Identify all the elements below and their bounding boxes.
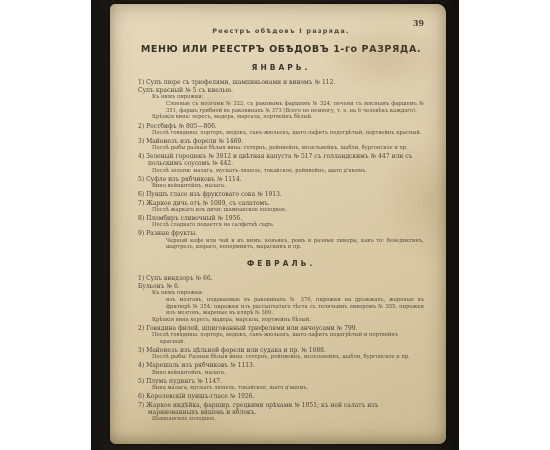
item-number: 1) bbox=[138, 79, 146, 86]
menu-note: Вино вейнштейнъ, малага. bbox=[138, 370, 424, 377]
menu-item: 6) Пуншъ гласе изъ фруктоваго сока № 191… bbox=[138, 191, 424, 198]
menu-item: 1) Супъ пюре съ трюфелями, шампиньонами … bbox=[138, 79, 424, 86]
menu-item: 1) Супъ виндзоръ № 66. bbox=[138, 275, 424, 282]
menu-item: 9) Разные фрукты. bbox=[138, 230, 424, 237]
menu-plain: Бульонъ № 6. bbox=[138, 283, 424, 290]
item-number: 2) bbox=[138, 325, 146, 332]
running-head: Реестръ обѣдовъ I разряда. bbox=[212, 27, 349, 35]
item-number: 6) bbox=[138, 393, 146, 400]
item-number: 5) bbox=[138, 378, 146, 385]
menu-subnote: Черный кофе или чай и къ нимъ: коньякъ, … bbox=[138, 238, 424, 251]
item-number: 4) bbox=[138, 362, 146, 369]
menu-note: Крѣпкія вина хересъ, мадера, марсала, по… bbox=[138, 317, 424, 324]
item-number: 1) bbox=[138, 275, 146, 282]
menu-item: 5) Плумъ пудингъ № 1147. bbox=[138, 378, 424, 385]
page-title: МЕНЮ ИЛИ РЕЕСТРЪ ОБѢДОВЪ 1-го РАЗРЯДА. bbox=[138, 44, 424, 55]
menu-item: 4) Зеленый горошекъ № 3912 и цвѣтная кап… bbox=[138, 153, 424, 167]
item-number: 2) bbox=[138, 123, 146, 130]
menu-subnote: Слоеные съ мозгами № 322, съ раковымъ фа… bbox=[138, 101, 424, 114]
item-number: 5) bbox=[138, 176, 146, 183]
menu-note: Шампанское холодное. bbox=[138, 416, 424, 423]
item-number: 7) bbox=[138, 200, 146, 207]
section-heading: ФЕВРАЛЬ. bbox=[138, 259, 424, 268]
menu-item: 5) Суфле изъ рябчиковъ № 1114. bbox=[138, 176, 424, 183]
page-header: Реестръ обѣдовъ I разряда. 39 bbox=[138, 18, 424, 28]
book-page: Реестръ обѣдовъ I разряда. 39 МЕНЮ ИЛИ Р… bbox=[110, 4, 446, 444]
item-number: 4) bbox=[138, 153, 146, 160]
menu-note: Къ нимъ пирожки: bbox=[138, 290, 424, 297]
menu-note: Послѣ говядины: портеръ, медокъ, санъ-жю… bbox=[138, 130, 424, 137]
menu-note: Крѣпкія вина: хересъ, мадера, марсала, п… bbox=[138, 114, 424, 121]
item-number: 3) bbox=[138, 347, 146, 354]
menu-note: Послѣ рыбы: Разныя бѣлыя вина: сотернъ, … bbox=[138, 354, 424, 361]
menu-content: ЯНВАРЬ.1) Супъ пюре съ трюфелями, шампин… bbox=[138, 63, 424, 423]
menu-note: Вино вейнштейнъ, малага. bbox=[138, 183, 424, 190]
menu-item: 7) Жаркое дичь отъ № 1089, съ салатомъ. bbox=[138, 200, 424, 207]
menu-note: Послѣ зелени: малага, мускатъ-люнель, то… bbox=[138, 168, 424, 175]
section-heading: ЯНВАРЬ. bbox=[138, 63, 424, 72]
menu-note: Вина малага, мускатъ люнель, токайское, … bbox=[138, 385, 424, 392]
menu-subnote: изъ мозговъ, подаваемые въ раковинахъ № … bbox=[138, 297, 424, 317]
menu-note: Послѣ рыбы разныя бѣлыя вина: сотернъ, р… bbox=[138, 145, 424, 152]
item-number: 3) bbox=[138, 138, 146, 145]
menu-note: Послѣ говядины: портеръ, медокъ, санъ-жю… bbox=[138, 332, 424, 345]
menu-item: 7) Жаркое индѣйка, фаршир. грецкими орѣх… bbox=[138, 402, 424, 416]
menu-note: Послѣ жаркаго изъ дичи: шампанское холод… bbox=[138, 207, 424, 214]
menu-item: 2) Ростбифъ № 805—806. bbox=[138, 123, 424, 130]
item-number: 9) bbox=[138, 230, 146, 237]
menu-item: 3) Майонезъ изъ форели № 1469. bbox=[138, 138, 424, 145]
item-number: 8) bbox=[138, 215, 146, 222]
item-number: 7) bbox=[138, 402, 146, 409]
menu-item: 4) Марешаль изъ рябчиковъ № 1113. bbox=[138, 362, 424, 369]
page-number: 39 bbox=[413, 18, 424, 28]
item-number: 6) bbox=[138, 191, 146, 198]
menu-item: 6) Королевскій пуншъ-гласе № 1926. bbox=[138, 393, 424, 400]
menu-note: Послѣ сладкаго подается на салфеткѣ сыръ… bbox=[138, 222, 424, 229]
menu-plain: Супъ красный № 5 съ кнелью. bbox=[138, 87, 424, 94]
